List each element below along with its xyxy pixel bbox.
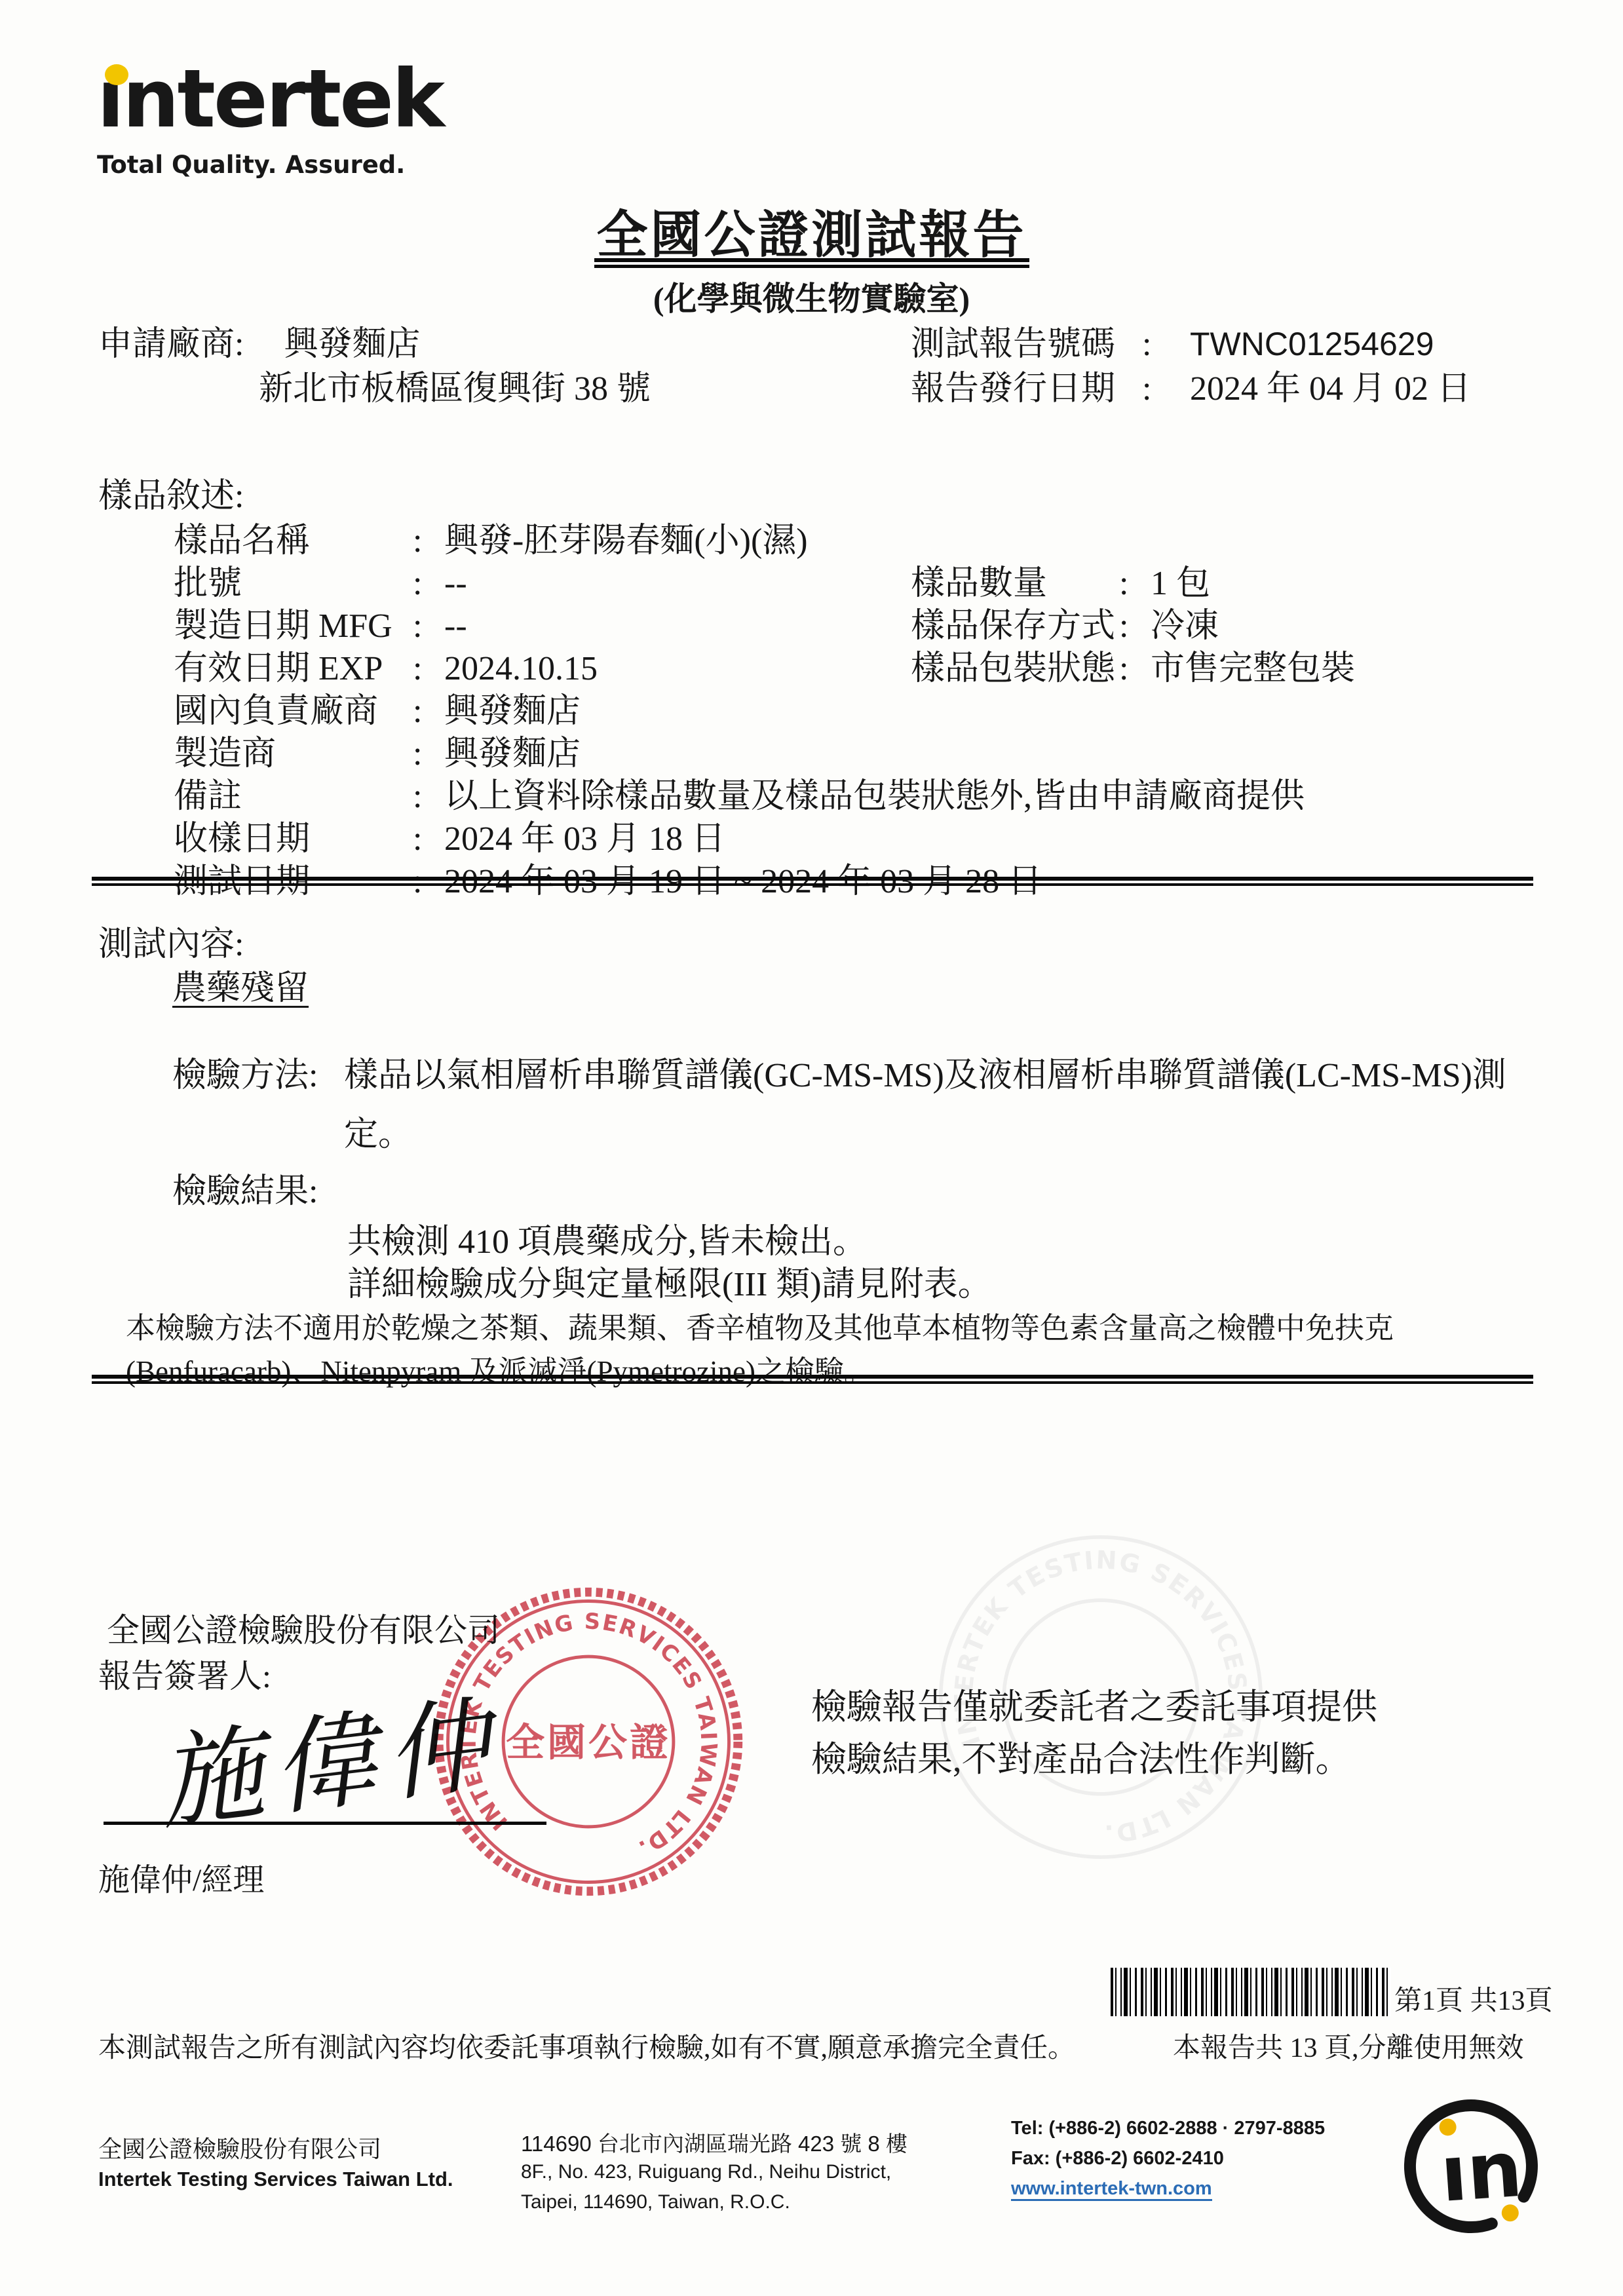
report-number-label: 測試報告號碼 — [911, 316, 1134, 365]
intertek-logo: ıntertek Total Quality. Assured. — [97, 51, 443, 179]
applicant-name: 興發麵店 — [284, 326, 420, 363]
footer-company-zh: 全國公證檢驗股份有限公司 — [98, 2131, 381, 2164]
sample-row: 製造商:興發麵店 — [174, 725, 581, 775]
barcode — [1111, 1968, 1391, 2016]
sample-row: 樣品數量:1 包 — [911, 555, 1210, 604]
footer-company-en: Intertek Testing Services Taiwan Ltd. — [98, 2168, 453, 2191]
svg-text:INTERTEK TESTING SERVICES TAIW: INTERTEK TESTING SERVICES TAIWAN LTD. — [905, 1501, 1297, 1893]
sample-row: 收樣日期:2024 年 03 月 18 日 — [174, 811, 725, 860]
report-number-row: 測試報告號碼 : TWNC01254629 — [911, 316, 1434, 365]
result-line1: 共檢測 410 項農藥成分,皆未檢出。 — [347, 1214, 867, 1263]
intertek-in-roundel-icon: ın — [1394, 2082, 1548, 2246]
test-report-page: ıntertek Total Quality. Assured. 全國公證測試報… — [0, 0, 1623, 2296]
stamp-center-text: 全國公證 — [506, 1721, 671, 1765]
issue-date-value: 2024 年 04 月 02 日 — [1190, 370, 1471, 408]
sample-row: 備註:以上資料除樣品數量及樣品包裝狀態外,皆由申請廠商提供 — [174, 768, 1305, 817]
report-title: 全國公證測試報告 — [0, 194, 1623, 267]
footer-tel: Tel: (+886-2) 6602-2888 · 2797-8885 — [1011, 2118, 1325, 2139]
method-text-line2: 定。 — [344, 1106, 412, 1155]
responsibility-declaration: 本測試報告之所有測試內容均依委託事項執行檢驗,如有不實,願意承擔完全責任。 — [98, 2026, 1075, 2065]
sample-row: 有效日期 EXP:2024.10.15 — [174, 640, 598, 689]
section-divider-rule — [92, 1375, 1533, 1384]
page-indicator: 第1頁 共13頁 — [1394, 1979, 1553, 2018]
logo-text: ıntertek — [97, 52, 443, 145]
footer-address-en1: 8F., No. 423, Ruiguang Rd., Neihu Distri… — [521, 2161, 891, 2183]
ghost-stamp-impression: INTERTEK TESTING SERVICES TAIWAN LTD. — [858, 1455, 1343, 1939]
page-integrity-note: 本報告共 13 頁,分離使用無效 — [1173, 2026, 1524, 2065]
applicant-address: 新北市板橋區復興街 38 號 — [259, 360, 651, 410]
svg-text:ın: ın — [1438, 2124, 1525, 2219]
signer-name-title: 施偉仲/經理 — [98, 1854, 264, 1900]
sample-row: 國內負責廠商:興發麵店 — [174, 683, 581, 732]
sample-row: 樣品名稱:興發-胚芽陽春麵(小)(濕) — [174, 512, 808, 562]
sample-row: 批號:-- — [174, 555, 467, 604]
sample-row: 樣品包裝狀態:市售完整包裝 — [911, 640, 1355, 689]
applicant-row: 申請廠商: 興發麵店 — [98, 316, 420, 365]
sample-section-heading: 樣品敘述: — [98, 468, 244, 517]
section-divider-rule — [92, 877, 1533, 886]
method-label: 檢驗方法: — [172, 1047, 318, 1096]
company-stamp: INTERTEK TESTING SERVICES TAIWAN LTD. 全國… — [427, 1580, 750, 1903]
footer-address-en2: Taipei, 114690, Taiwan, R.O.C. — [521, 2191, 790, 2213]
sample-row: 製造日期 MFG:-- — [174, 598, 467, 647]
result-line2: 詳細檢驗成分與定量極限(III 類)請見附表。 — [347, 1256, 992, 1305]
result-label: 檢驗結果: — [172, 1163, 318, 1212]
test-section-heading: 測試內容: — [98, 916, 244, 965]
footer-website-link[interactable]: www.intertek-twn.com — [1011, 2178, 1212, 2201]
issue-date-row: 報告發行日期 : 2024 年 04 月 02 日 — [911, 360, 1471, 410]
sample-row: 樣品保存方式:冷凍 — [911, 598, 1219, 647]
footer-address-zh: 114690 台北市內湖區瑞光路 423 號 8 樓 — [521, 2127, 907, 2158]
issue-date-label: 報告發行日期 — [911, 360, 1134, 410]
intertek-wordmark: ıntertek — [97, 51, 443, 147]
title-double-underline — [594, 258, 1029, 268]
applicant-label: 申請廠商: — [98, 326, 244, 363]
report-subtitle: (化學與微生物實驗室) — [0, 273, 1623, 320]
report-number-value: TWNC01254629 — [1190, 326, 1434, 362]
logo-yellow-dot-icon — [105, 64, 128, 85]
method-text-line1: 樣品以氣相層析串聯質譜儀(GC-MS-MS)及液相層析串聯質譜儀(LC-MS-M… — [344, 1047, 1506, 1096]
footer-fax: Fax: (+886-2) 6602-2410 — [1011, 2148, 1224, 2170]
logo-tagline: Total Quality. Assured. — [97, 151, 443, 179]
test-category: 農藥殘留 — [172, 960, 309, 1009]
method-note-line1: 本檢驗方法不適用於乾燥之茶類、蔬果類、香辛植物及其他草本植物等色素含量高之檢體中… — [126, 1304, 1394, 1347]
